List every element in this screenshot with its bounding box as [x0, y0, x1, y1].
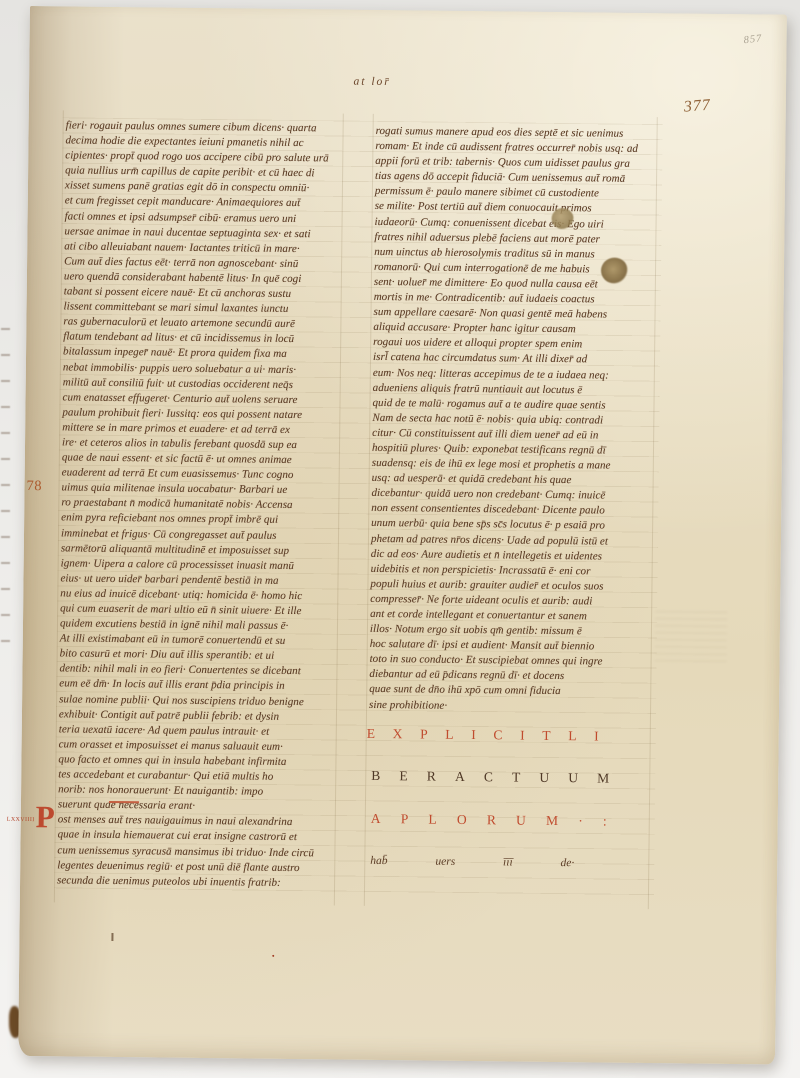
display-letter: M: [546, 813, 558, 829]
manuscript-line: isrl̄ catena hac circumdatus sum· At ill…: [373, 350, 653, 368]
manuscript-line: militū aut̄ consiliū fuit· ut custodias …: [63, 375, 339, 393]
display-letter: U: [568, 770, 578, 786]
manuscript-line: euaderent ad terrā Et cum euasissemus· T…: [62, 466, 338, 484]
manuscript-line: eum· Nos neq: litteras accepimus de te a…: [373, 365, 653, 383]
manuscript-line: bito casurū et mori· Diu aut̄ illis sper…: [60, 647, 336, 665]
manuscript-line: et cum fregisset cepit manducare· Animae…: [65, 194, 341, 212]
manuscript-line: mittere se in mare primos et euadere· et…: [62, 420, 338, 438]
manuscript-line: aliquid accusare· Propter hanc igitur ca…: [373, 320, 653, 338]
display-letter: M: [597, 770, 609, 786]
facing-page-text-edge: [1, 328, 10, 643]
display-letter: O: [457, 812, 467, 828]
display-letter: :: [603, 814, 607, 830]
manuscript-line: sine prohibitione·: [369, 697, 649, 715]
manuscript-line: dicebantur· quidā uero non credebant· Cu…: [371, 486, 651, 504]
explicit-line-1: EXPLICITLI: [367, 726, 599, 745]
manuscript-line: quia nullius urm̄ capillus de capite per…: [65, 164, 341, 182]
manuscript-line: rogaui uos uidere et alloqui propter spe…: [373, 335, 653, 353]
display-letter: U: [516, 813, 526, 829]
manuscript-line: quae sunt de dn̄o ihū xpō cum omni fiduc…: [369, 682, 649, 700]
manuscript-line: tias agens dō accepit fiduciā· Cum uenis…: [375, 169, 655, 187]
manuscript-line: uero quendā considerabant habentē litus·…: [64, 269, 340, 287]
column-rule: [648, 117, 658, 909]
display-word: uers: [435, 856, 455, 868]
manuscript-line: quidem excutiens bestiā in ignē nihil ma…: [60, 616, 336, 634]
manuscript-line: dic ad eos· Aure audietis et n̄ intelleg…: [371, 547, 651, 565]
display-letter: T: [542, 728, 550, 744]
manuscript-line: hospitiū plures· Quib: exponebat testifi…: [372, 441, 652, 459]
display-letter: A: [371, 811, 381, 827]
manuscript-line: ire· et ceteros alios in tabulis fereban…: [62, 435, 338, 453]
manuscript-line: romanorū· Qui cum interrogationē de me h…: [374, 260, 654, 278]
display-letter: A: [455, 769, 465, 785]
column-rule: [54, 110, 64, 902]
manuscript-line: populi huius et aurib: grauiter audier̄ …: [370, 577, 650, 595]
manuscript-line: lissent committebant se mari simul laxan…: [64, 300, 340, 318]
display-letter: P: [401, 811, 409, 827]
wax-stain: [552, 208, 574, 229]
display-letter: U: [539, 770, 549, 786]
manuscript-line: mortis in me· Contradicentib: aut̄ iudae…: [374, 290, 654, 308]
manuscript-line: hoc salutare dī· ipsi et audient· Mansit…: [370, 637, 650, 655]
manuscript-line: phetam ad patres nr̄os dicens· Uade ad p…: [371, 531, 651, 549]
manuscript-line: Nam de secta hac notū ē· nobis· quia ubi…: [372, 411, 652, 429]
manuscript-line: appii forū et trib: tabernis· Quos cum u…: [375, 154, 655, 172]
verse-count-line: hab̄uersīīīde·: [370, 855, 574, 869]
manuscript-photo: 857 at lor̄ 377 78 lxxviiii P fieri· rog…: [0, 0, 800, 1078]
manuscript-line: ati cibo alleuiabant nauem· Iactantes tr…: [64, 239, 340, 257]
manuscript-line: ant et corde intellegant et conuertantur…: [370, 607, 650, 625]
explicit-line-2: BERACTUUM: [371, 768, 609, 787]
manuscript-line: dentib: nihil mali in eo fieri· Conuerte…: [59, 662, 335, 680]
display-letter: X: [393, 726, 403, 742]
display-letter: L: [445, 727, 453, 743]
ink-showthrough: [655, 611, 728, 664]
manuscript-line: quid de te malū· rogamus aut̄ a te audir…: [372, 396, 652, 414]
manuscript-line: quae de naui essent· et sic factū ē· ut …: [62, 450, 338, 468]
display-word: de·: [560, 857, 574, 869]
manuscript-line: sulae nomine publii· Qui nos suscipiens …: [59, 692, 335, 710]
manuscript-line: legentes deuenimus regiū· et post unū di…: [57, 858, 333, 876]
display-letter: I: [594, 728, 599, 744]
manuscript-line: ro praestabant n̄ modicā humanitatē nobi…: [61, 496, 337, 514]
display-word: īīī: [503, 856, 513, 868]
display-letter: I: [520, 728, 525, 744]
manuscript-line: permissum ē· paulo manere sibimet cū cus…: [375, 184, 655, 202]
parchment-page: 857 at lor̄ 377 78 lxxviiii P fieri· rog…: [18, 6, 787, 1065]
manuscript-line: num uinctus ab hierosolymis traditus sū …: [374, 245, 654, 263]
ink-speck: [272, 955, 274, 957]
manuscript-line: secunda die uenimus puteolos ubi inuenti…: [57, 873, 333, 891]
abbreviation-macron: [109, 801, 139, 803]
manuscript-line: bitalassum inpeger̄ nauē· Et prora quide…: [63, 345, 339, 363]
manuscript-line: citur· Cū constituissent aut̄ illi diem …: [372, 426, 652, 444]
display-letter: R: [487, 812, 496, 828]
display-letter: R: [427, 769, 436, 785]
display-letter: L: [428, 812, 436, 828]
manuscript-line: sent· uoluer̄ me dimittere· Eo quod null…: [374, 275, 654, 293]
text-column-left: fieri· rogauit paulus omnes sumere cibum…: [57, 118, 342, 891]
manuscript-line: diebantur ad eū p̄dicans regnū dī· et do…: [369, 667, 649, 685]
display-letter: T: [512, 770, 520, 786]
manuscript-line: quo facto et omnes qui in insula habeban…: [58, 752, 334, 770]
display-letter: P: [420, 726, 428, 742]
manuscript-line: ost menses aut̄ tres nauigauimus in naui…: [58, 813, 334, 831]
manuscript-line: tabant si possent eicere nauē· Et cū anc…: [64, 284, 340, 302]
manuscript-line: compresser̄· Ne forte uideant oculis et …: [370, 592, 650, 610]
display-letter: E: [399, 768, 407, 784]
manuscript-line: romam· Et inde cū audissent fratres occu…: [375, 139, 655, 157]
manuscript-line: At illi existimabant eū in tumorē conuer…: [60, 632, 336, 650]
manuscript-line: eum eē dm̄· In locis aut̄ illis erant p̄…: [59, 677, 335, 695]
display-letter: L: [568, 728, 576, 744]
margin-section-number: 78: [26, 478, 42, 495]
manuscript-line: uidebitis et non perspicietis· Incrassat…: [371, 562, 651, 580]
display-letter: E: [367, 726, 375, 742]
manuscript-line: suerunt quae necessaria erant·: [58, 798, 334, 816]
manuscript-line: toto in suo conducto· Et suscipiebat omn…: [370, 652, 650, 670]
manuscript-line: flatum tendebant ad litus· et cū incidis…: [63, 330, 339, 348]
manuscript-line: rogati sumus manere apud eos dies septē …: [376, 124, 656, 142]
explicit-line-3: APLORUM·:: [371, 811, 607, 830]
manuscript-line: teria uexatū iacere· Ad quem paulus intr…: [59, 722, 335, 740]
manuscript-line: cum enatasset effugeret· Centurio aut̄ u…: [62, 390, 338, 408]
manuscript-line: suadensq: eis de ihū ex lege mosi et pro…: [372, 456, 652, 474]
manuscript-line: uimus quia militenae insula uocabatur· B…: [61, 481, 337, 499]
manuscript-line: qui cum euaserit de mari ultio eū n̄ sin…: [60, 601, 336, 619]
manuscript-line: quae in insula hiemauerat cui erat insig…: [58, 828, 334, 846]
display-word: hab̄: [370, 855, 387, 867]
manuscript-line: eius· ut uero uider̄ barbari pendentē be…: [60, 571, 336, 589]
manuscript-line: fratres nihil aduersus plebē faciens aut…: [374, 230, 654, 248]
manuscript-line: enim pyra reficiebant nos omnes propt̄ i…: [61, 511, 337, 529]
manuscript-line: usq: ad uesperā· et quidā credebant his …: [372, 471, 652, 489]
manuscript-line: cum uenissemus syracusā mansimus ibi tri…: [57, 843, 333, 861]
manuscript-line: nebat immobilis· puppis uero soluebatur …: [63, 360, 339, 378]
manuscript-line: facti omnes et ipsi adsumpser̄ cibū· era…: [65, 209, 341, 227]
display-letter: C: [484, 769, 493, 785]
manuscript-line: decima hodie die expectantes ieiuni pman…: [65, 134, 341, 152]
display-letter: B: [371, 768, 380, 784]
manuscript-line: iudaeorū· Cumq: conuenissent dicebat eis…: [374, 214, 654, 232]
manuscript-line: imminebat et frigus· Cū congregasset aut…: [61, 526, 337, 544]
margin-chapter-number: lxxviiii: [7, 813, 35, 823]
ink-speck: [111, 933, 113, 941]
manuscript-line: Cum aut̄ dies factus eēt· terrā non agno…: [64, 254, 340, 272]
manuscript-line: paulum prohibuit fieri· Iussitq: eos qui…: [62, 405, 338, 423]
running-title: at lor̄: [329, 75, 415, 88]
manuscript-line: xisset sumens panē gratias egit dō in co…: [65, 179, 341, 197]
manuscript-line: cum orasset et imposuisset ei manus salu…: [59, 737, 335, 755]
folio-number: 377: [683, 97, 711, 117]
wax-stain: [601, 257, 628, 283]
column-rule: [334, 114, 344, 906]
rubricated-initial: P: [36, 801, 55, 832]
manuscript-line: cipientes· propt̄ quod rogo uos accipere…: [65, 149, 341, 167]
column-rule: [364, 114, 374, 906]
manuscript-line: norib: nos honorauerunt· Et nauigantib: …: [58, 782, 334, 800]
manuscript-line: uersae animae in naui ducentae septuagin…: [64, 224, 340, 242]
manuscript-line: ignem· Uipera a calore cū processisset i…: [61, 556, 337, 574]
manuscript-line: se milite· Post tertiū aut̄ diem conuoca…: [375, 199, 655, 217]
manuscript-line: tes accedebant et curabantur· Qui etiā m…: [58, 767, 334, 785]
display-letter: C: [493, 727, 502, 743]
manuscript-line: adueniens aliquis fratrū nuntiauit aut l…: [373, 381, 653, 399]
manuscript-line: exhibuit· Contigit aut̄ patrē publii feb…: [59, 707, 335, 725]
manuscript-line: sarmētorū aliquantā multitudinē et impos…: [61, 541, 337, 559]
pencil-foliation: 857: [743, 33, 763, 46]
display-letter: ·: [578, 813, 583, 829]
manuscript-line: illos· Notum ergo sit uobis qm̄ gentib: …: [370, 622, 650, 640]
manuscript-line: non essent consentientes discedebant· Di…: [371, 501, 651, 519]
ruling-lines: [54, 117, 663, 906]
manuscript-line: unum uerbū· quia bene sp̄s sc̄s locutus …: [371, 516, 651, 534]
manuscript-line: ras gubernaculorū et leuato artemone sec…: [63, 315, 339, 333]
manuscript-line: nu eius ad inuicē dicebant· utiq: homici…: [60, 586, 336, 604]
text-column-right: rogati sumus manere apud eos dies septē …: [369, 124, 656, 716]
manuscript-line: sum appellare caesarē· Non quasi gentē m…: [373, 305, 653, 323]
display-letter: I: [471, 727, 476, 743]
manuscript-line: fieri· rogauit paulus omnes sumere cibum…: [66, 118, 342, 136]
